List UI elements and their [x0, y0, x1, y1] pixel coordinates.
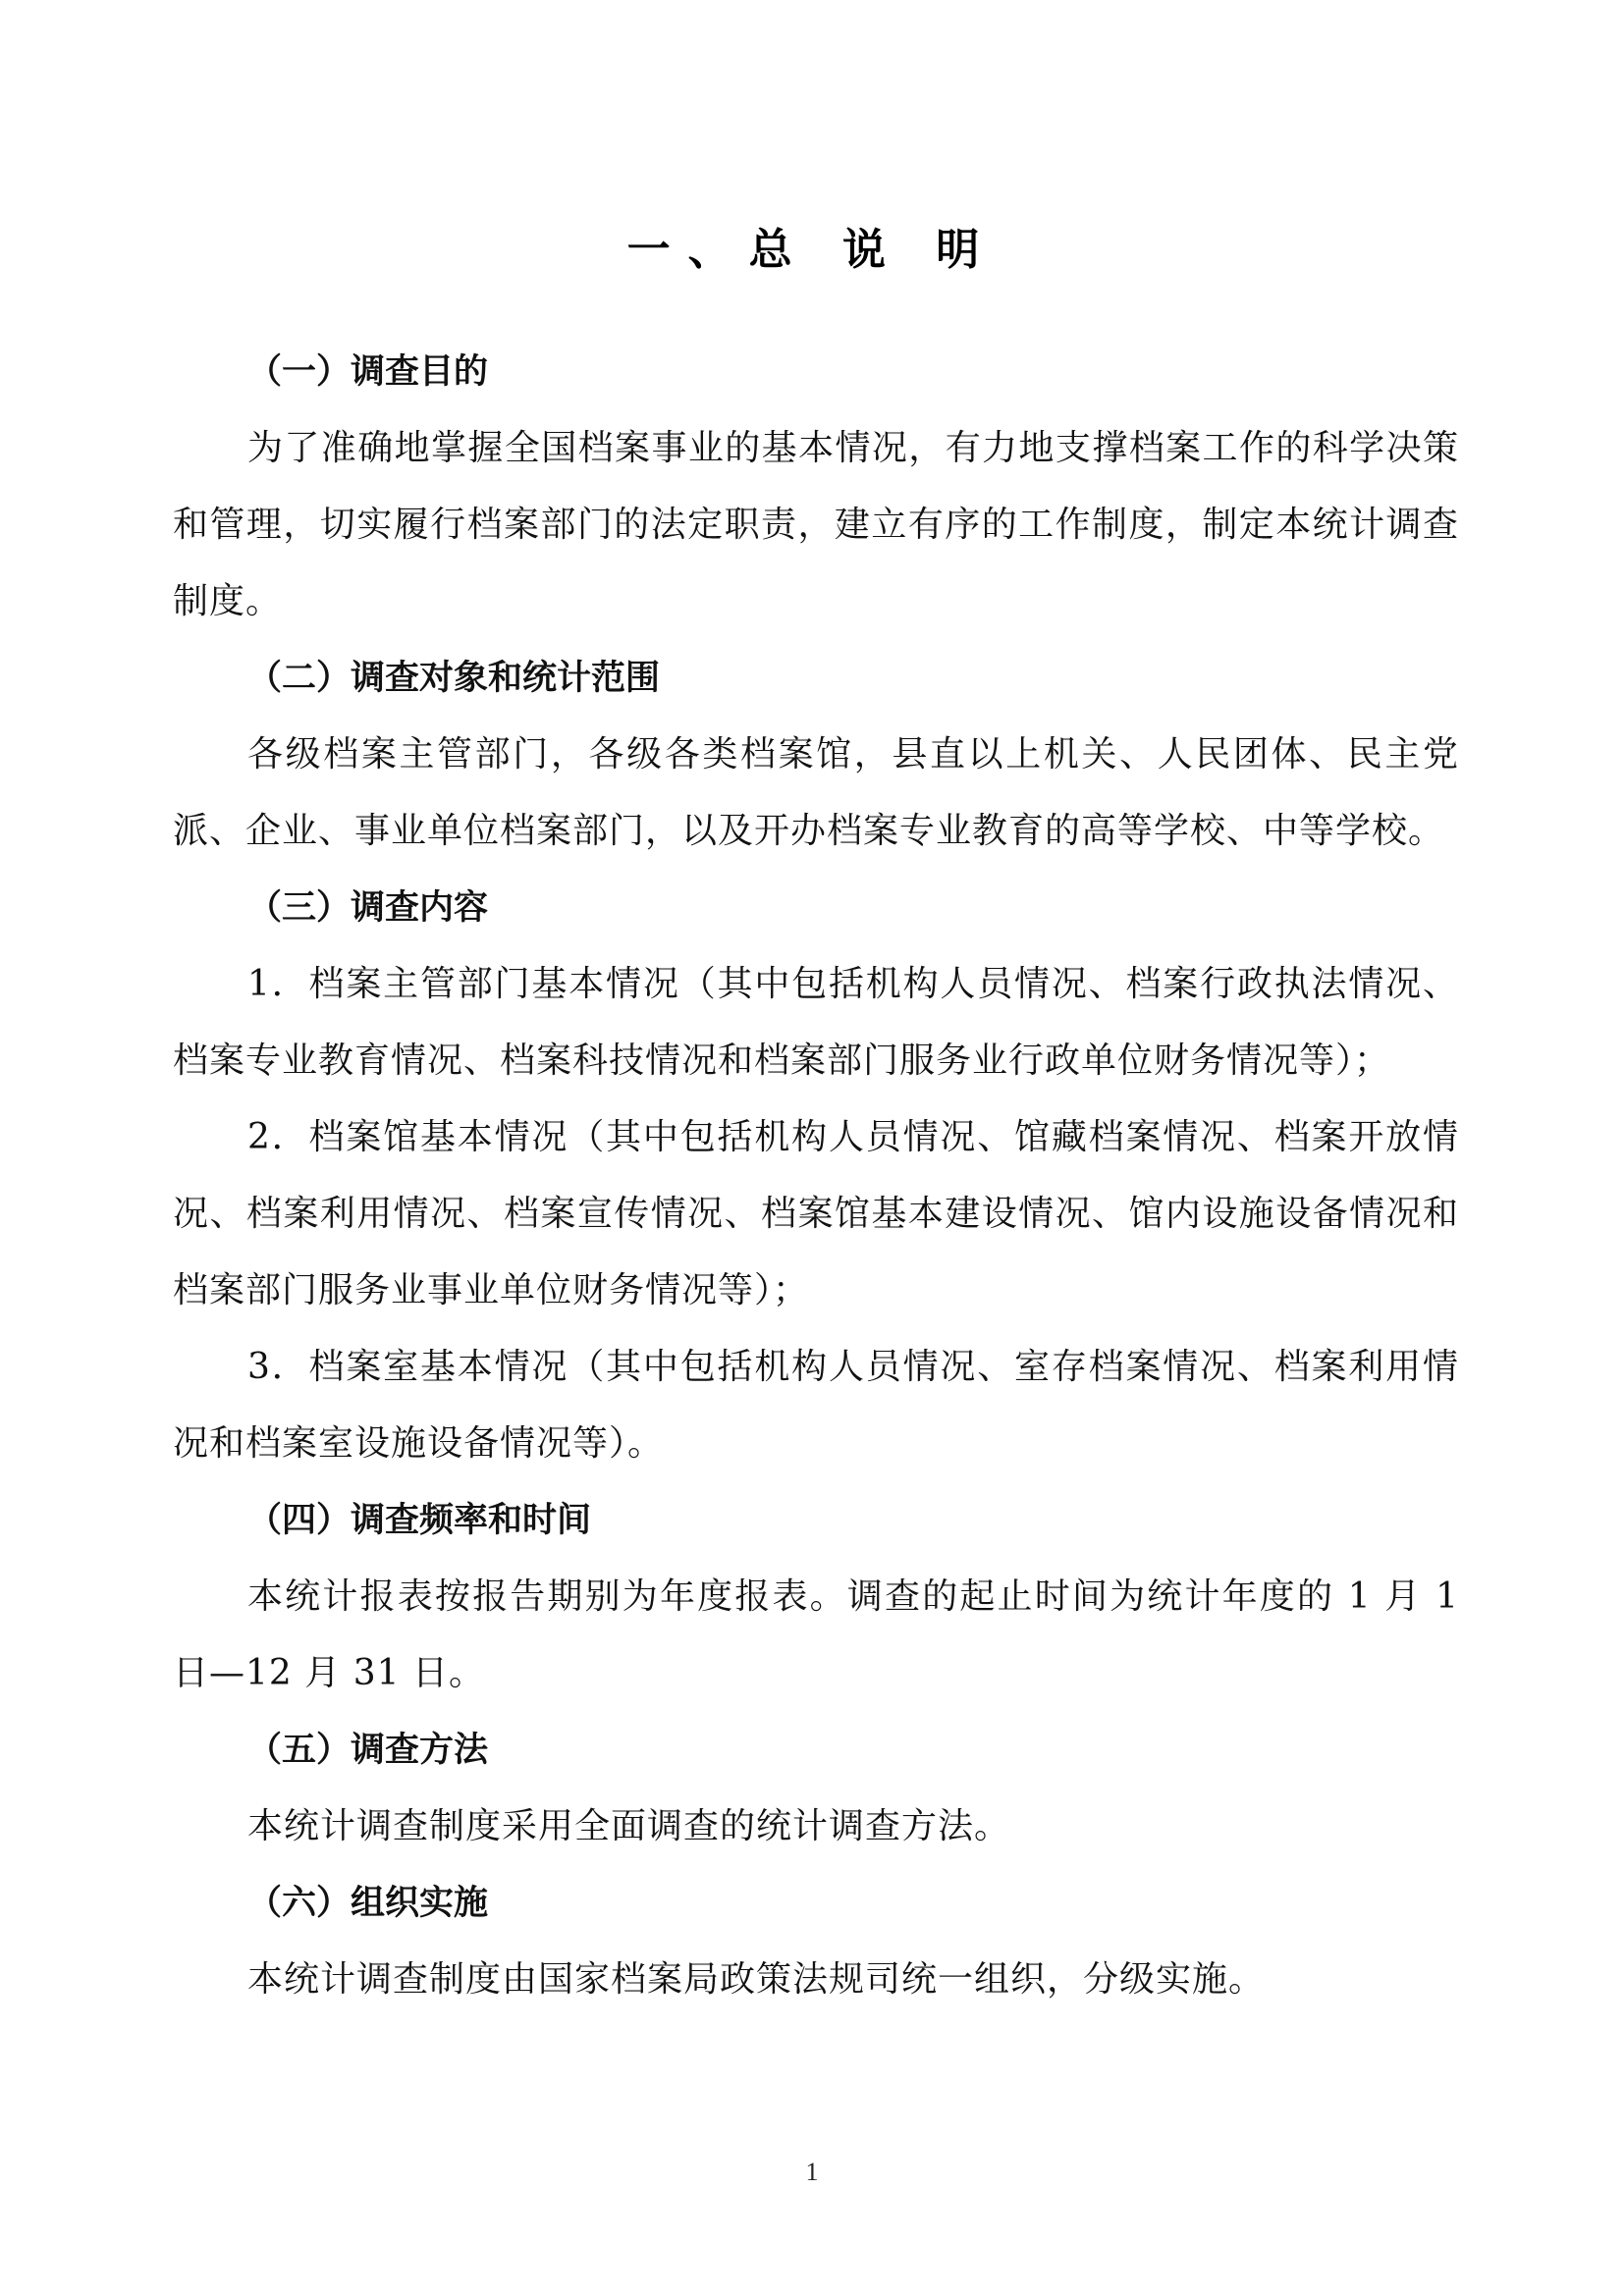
paragraph: 各级档案主管部门，各级各类档案馆，县直以上机关、人民团体、民主党派、企业、事业单… [173, 717, 1459, 870]
paragraph: 本统计调查制度采用全面调查的统计调查方法。 [173, 1789, 1459, 1865]
section-heading: （三）调查内容 [173, 870, 1459, 946]
paragraph: 本统计调查制度由国家档案局政策法规司统一组织，分级实施。 [173, 1942, 1459, 2018]
section-survey-scope: （二）调查对象和统计范围 各级档案主管部门，各级各类档案馆，县直以上机关、人民团… [173, 640, 1459, 870]
list-item: 3．档案室基本情况（其中包括机构人员情况、室存档案情况、档案利用情况和档案室设施… [173, 1329, 1459, 1482]
section-heading: （六）组织实施 [173, 1865, 1459, 1942]
paragraph: 为了准确地掌握全国档案事业的基本情况，有力地支撑档案工作的科学决策和管理，切实履… [173, 410, 1459, 640]
section-survey-purpose: （一）调查目的 为了准确地掌握全国档案事业的基本情况，有力地支撑档案工作的科学决… [173, 334, 1459, 640]
section-survey-content: （三）调查内容 1．档案主管部门基本情况（其中包括机构人员情况、档案行政执法情况… [173, 870, 1459, 1482]
section-heading: （四）调查频率和时间 [173, 1482, 1459, 1559]
document-page: 一、总 说 明 （一）调查目的 为了准确地掌握全国档案事业的基本情况，有力地支撑… [0, 0, 1624, 2296]
section-heading: （一）调查目的 [173, 334, 1459, 410]
section-heading: （二）调查对象和统计范围 [173, 640, 1459, 717]
section-survey-frequency: （四）调查频率和时间 本统计报表按报告期别为年度报表。调查的起止时间为统计年度的… [173, 1482, 1459, 1712]
section-organization: （六）组织实施 本统计调查制度由国家档案局政策法规司统一组织，分级实施。 [173, 1865, 1459, 2018]
page-number: 1 [0, 2158, 1624, 2187]
page-title: 一、总 说 明 [0, 221, 1624, 280]
section-survey-method: （五）调查方法 本统计调查制度采用全面调查的统计调查方法。 [173, 1712, 1459, 1865]
paragraph: 本统计报表按报告期别为年度报表。调查的起止时间为统计年度的 1 月 1 日—12… [173, 1559, 1459, 1712]
list-item: 2．档案馆基本情况（其中包括机构人员情况、馆藏档案情况、档案开放情况、档案利用情… [173, 1099, 1459, 1329]
document-body: （一）调查目的 为了准确地掌握全国档案事业的基本情况，有力地支撑档案工作的科学决… [173, 334, 1459, 2018]
list-item: 1．档案主管部门基本情况（其中包括机构人员情况、档案行政执法情况、档案专业教育情… [173, 946, 1459, 1099]
section-heading: （五）调查方法 [173, 1712, 1459, 1789]
